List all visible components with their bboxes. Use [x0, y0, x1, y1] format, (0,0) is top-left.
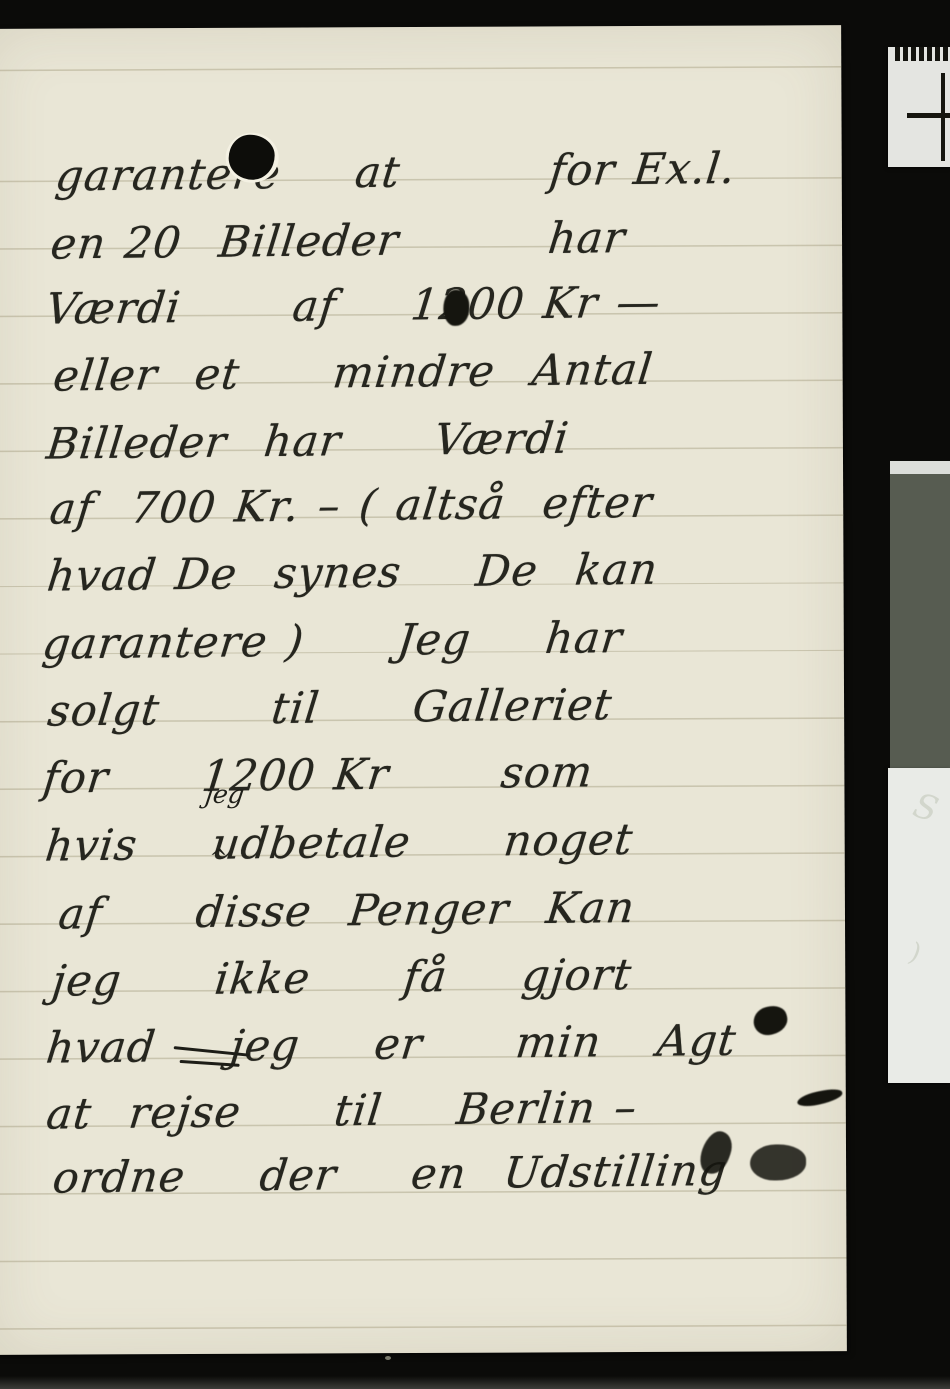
letter-page: garantere at for Ex.l. en 20 Billeder ha… [0, 25, 847, 1355]
scan-frame: garantere at for Ex.l. en 20 Billeder ha… [0, 0, 950, 1389]
scale-cross-horizontal [907, 113, 950, 118]
scan-bottom-edge [0, 1376, 950, 1389]
ghost-writing: S [908, 785, 943, 830]
handwriting-line: hvis udbetale noget [43, 815, 636, 872]
ink-blot [443, 290, 469, 326]
handwriting-line: Billeder har Værdi [44, 414, 572, 470]
ink-blot [750, 1144, 806, 1180]
handwriting-line: jeg ikke få gjort [49, 950, 634, 1007]
handwriting-line: af 700 Kr. – ( altså efter [47, 478, 655, 535]
handwriting-line: ordne der en Udstilling [50, 1146, 730, 1204]
white-reference-strip [890, 461, 950, 474]
handwriting-line: garantere at for Ex.l. [53, 144, 739, 202]
white-reference-patch: S ) [888, 768, 950, 1083]
handwriting-line: for 1200 Kr som [40, 747, 595, 803]
handwriting-line: hvad jeg er min Agt [44, 1016, 739, 1074]
handwriting-line: Værdi af 1200 Kr — [43, 278, 663, 335]
dust-speck [385, 1356, 391, 1360]
handwriting-line: af disse Penger Kan [56, 883, 638, 940]
insertion-caret: ^ [207, 846, 229, 871]
scale-tick-teeth [895, 47, 950, 61]
handwriting-line: hvad De synes De kan [45, 545, 661, 602]
handwriting-line: garantere ) Jeg har [40, 613, 625, 670]
inserted-word: jeg [203, 780, 246, 809]
ghost-writing: ) [907, 937, 922, 968]
gray-reference-patch [890, 474, 950, 768]
handwriting-line: solgt til Galleriet [45, 680, 615, 736]
handwriting-line: eller et mindre Antal [51, 345, 656, 402]
handwriting-line: at rejse til Berlin – [44, 1083, 640, 1140]
measurement-scale-bar [888, 47, 950, 167]
handwriting-line: en 20 Billeder har [48, 213, 628, 270]
